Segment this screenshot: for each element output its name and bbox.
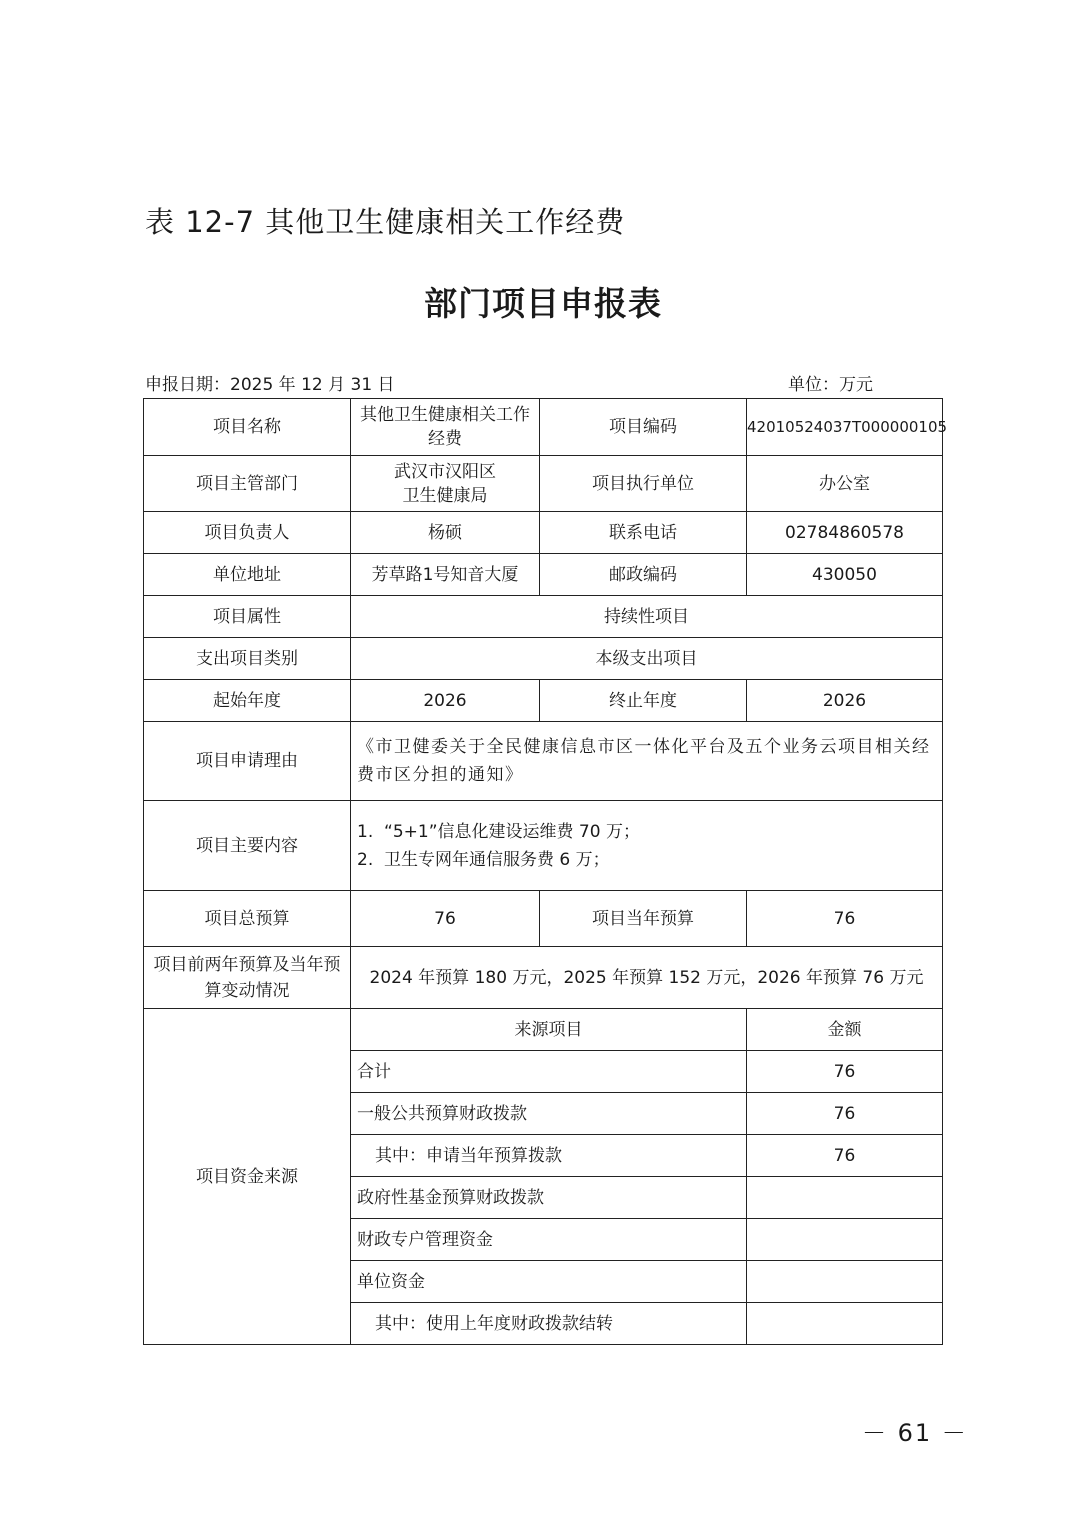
funding-source: 其中：申请当年预算拨款 [351, 1135, 747, 1177]
funding-source: 合计 [351, 1051, 747, 1093]
funding-amount: 76 [747, 1093, 943, 1135]
dept-value: 武汉市汉阳区 卫生健康局 [351, 456, 540, 512]
end-year-value: 2026 [747, 680, 943, 722]
table-row: 项目申请理由 《市卫健委关于全民健康信息市区一体化平台及五个业务云项目相关经费市… [144, 722, 943, 801]
table-row: 项目总预算 76 项目当年预算 76 [144, 891, 943, 947]
project-name-label: 项目名称 [144, 399, 351, 456]
leader-value: 杨硕 [351, 512, 540, 554]
content-line-1: 1. “5+1”信息化建设运维费 70 万； [357, 818, 936, 846]
dept-value-line1: 武汉市汉阳区 [357, 460, 533, 484]
document-title: 部门项目申报表 [0, 278, 1074, 325]
table-row: 项目名称 其他卫生健康相关工作经费 项目编码 42010524037T00000… [144, 399, 943, 456]
table-row: 单位地址 芳草路1号知音大厦 邮政编码 430050 [144, 554, 943, 596]
project-name-value: 其他卫生健康相关工作经费 [351, 399, 540, 456]
content-line-2: 2. 卫生专网年通信服务费 6 万； [357, 846, 936, 874]
funding-amount [747, 1177, 943, 1219]
attribute-label: 项目属性 [144, 596, 351, 638]
table-row: 起始年度 2026 终止年度 2026 [144, 680, 943, 722]
reason-value: 《市卫健委关于全民健康信息市区一体化平台及五个业务云项目相关经费市区分担的通知》 [351, 722, 943, 801]
report-date: 申报日期：2025 年 12 月 31 日 [145, 370, 395, 395]
total-budget-label: 项目总预算 [144, 891, 351, 947]
leader-label: 项目负责人 [144, 512, 351, 554]
funding-source: 单位资金 [351, 1261, 747, 1303]
category-label: 支出项目类别 [144, 638, 351, 680]
category-value: 本级支出项目 [351, 638, 943, 680]
content-value: 1. “5+1”信息化建设运维费 70 万； 2. 卫生专网年通信服务费 6 万… [351, 801, 943, 891]
funding-amount [747, 1303, 943, 1345]
unit-label: 单位：万元 [788, 370, 873, 395]
table-row: 项目主管部门 武汉市汉阳区 卫生健康局 项目执行单位 办公室 [144, 456, 943, 512]
change-label: 项目前两年预算及当年预算变动情况 [144, 947, 351, 1009]
funding-amount [747, 1261, 943, 1303]
table-row: 项目属性 持续性项目 [144, 596, 943, 638]
end-year-label: 终止年度 [540, 680, 747, 722]
funding-amount [747, 1219, 943, 1261]
funding-amount: 76 [747, 1051, 943, 1093]
section-title: 表 12-7 其他卫生健康相关工作经费 [145, 200, 625, 241]
phone-label: 联系电话 [540, 512, 747, 554]
table-row: 项目主要内容 1. “5+1”信息化建设运维费 70 万； 2. 卫生专网年通信… [144, 801, 943, 891]
content-label: 项目主要内容 [144, 801, 351, 891]
funding-source: 政府性基金预算财政拨款 [351, 1177, 747, 1219]
start-year-value: 2026 [351, 680, 540, 722]
funding-amount: 76 [747, 1135, 943, 1177]
project-form-table: 项目名称 其他卫生健康相关工作经费 项目编码 42010524037T00000… [143, 398, 943, 1345]
project-code-label: 项目编码 [540, 399, 747, 456]
year-budget-label: 项目当年预算 [540, 891, 747, 947]
postcode-value: 430050 [747, 554, 943, 596]
total-budget-value: 76 [351, 891, 540, 947]
funding-source: 其中：使用上年度财政拨款结转 [351, 1303, 747, 1345]
funding-source: 一般公共预算财政拨款 [351, 1093, 747, 1135]
funding-header-row: 项目资金来源 来源项目 金额 [144, 1009, 943, 1051]
start-year-label: 起始年度 [144, 680, 351, 722]
attribute-value: 持续性项目 [351, 596, 943, 638]
meta-row: 申报日期：2025 年 12 月 31 日 单位：万元 [145, 370, 873, 395]
funding-header-source: 来源项目 [351, 1009, 747, 1051]
reason-label: 项目申请理由 [144, 722, 351, 801]
change-value: 2024 年预算 180 万元，2025 年预算 152 万元，2026 年预算… [351, 947, 943, 1009]
table-row: 项目负责人 杨硕 联系电话 02784860578 [144, 512, 943, 554]
address-label: 单位地址 [144, 554, 351, 596]
page-number: － 61 － [862, 1413, 968, 1448]
address-value: 芳草路1号知音大厦 [351, 554, 540, 596]
postcode-label: 邮政编码 [540, 554, 747, 596]
phone-value: 02784860578 [747, 512, 943, 554]
exec-unit-label: 项目执行单位 [540, 456, 747, 512]
funding-header-amount: 金额 [747, 1009, 943, 1051]
funding-source: 财政专户管理资金 [351, 1219, 747, 1261]
table-row: 支出项目类别 本级支出项目 [144, 638, 943, 680]
funding-label: 项目资金来源 [144, 1009, 351, 1345]
dept-label: 项目主管部门 [144, 456, 351, 512]
dept-value-line2: 卫生健康局 [357, 484, 533, 508]
project-code-value: 42010524037T000000105 [747, 399, 943, 456]
year-budget-value: 76 [747, 891, 943, 947]
table-row: 项目前两年预算及当年预算变动情况 2024 年预算 180 万元，2025 年预… [144, 947, 943, 1009]
exec-unit-value: 办公室 [747, 456, 943, 512]
